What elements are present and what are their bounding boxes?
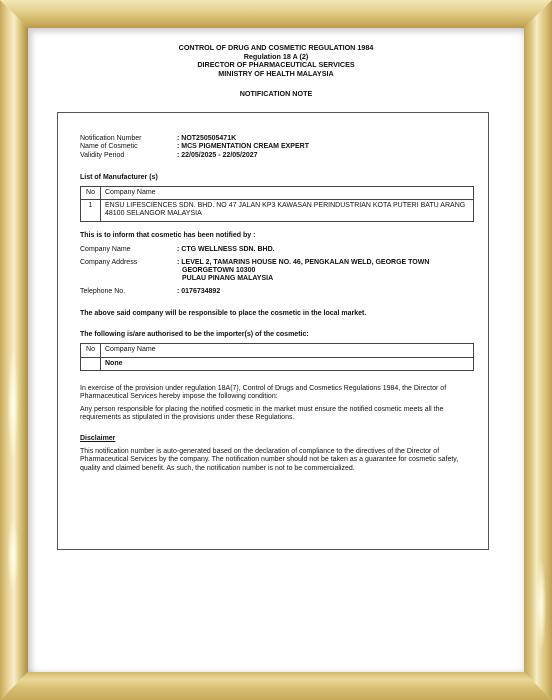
column-header-no: No — [81, 344, 101, 357]
address-line-3: PULAU PINANG MALAYSIA — [177, 275, 470, 283]
row-company-name: None — [101, 357, 474, 370]
disclaimer-title: Disclaimer — [80, 435, 470, 443]
column-header-no: No — [81, 186, 101, 199]
frame-left-edge — [0, 0, 28, 700]
table-header-row: No Company Name — [81, 344, 474, 357]
document-header: CONTROL OF DRUG AND COSMETIC REGULATION … — [28, 44, 524, 99]
company-name-label: Company Name — [80, 246, 177, 254]
address-line-1: : LEVEL 2, TAMARINS HOUSE NO. 46, PENGKA… — [177, 259, 470, 267]
notification-number-label: Notification Number — [80, 135, 177, 143]
document-title: NOTIFICATION NOTE — [28, 90, 524, 99]
frame-bottom-edge — [0, 672, 552, 700]
company-name-value: : CTG WELLNESS SDN. BHD. — [177, 246, 470, 254]
header-ministry: MINISTRY OF HEALTH MALAYSIA — [28, 70, 524, 79]
table-row: None — [81, 357, 474, 370]
table-row: 1 ENSU LIFESCIENCES SDN. BHD. NO 47 JALA… — [81, 200, 474, 222]
address-line-2: GEORGETOWN 10300 — [177, 267, 470, 275]
notifier-intro: This is to inform that cosmetic has been… — [80, 232, 470, 240]
cosmetic-name-value: : MCS PIGMENTATION CREAM EXPERT — [177, 143, 470, 151]
responsibility-statement: The above said company will be responsib… — [80, 310, 470, 318]
cosmetic-name-label: Name of Cosmetic — [80, 143, 177, 151]
column-header-company-name: Company Name — [101, 186, 474, 199]
manufacturers-title: List of Manufacturer (s) — [80, 174, 470, 182]
row-no — [81, 357, 101, 370]
validity-period-label: Validity Period — [80, 152, 177, 160]
frame-highlight — [536, 560, 546, 650]
disclaimer-text: This notification number is auto-generat… — [80, 448, 470, 473]
frame-top-edge — [0, 0, 552, 28]
provision-paragraph: In exercise of the provision under regul… — [80, 385, 470, 402]
company-address-value: : LEVEL 2, TAMARINS HOUSE NO. 46, PENGKA… — [177, 259, 470, 284]
notification-details: Notification Number : NOT250505471K Name… — [80, 135, 470, 160]
condition-paragraph: Any person responsible for placing the n… — [80, 406, 470, 423]
importers-table: No Company Name None — [80, 343, 474, 371]
row-company-name: ENSU LIFESCIENCES SDN. BHD. NO 47 JALAN … — [101, 200, 474, 222]
frame-highlight — [8, 350, 18, 460]
telephone-label: Telephone No. — [80, 288, 177, 296]
notification-document: CONTROL OF DRUG AND COSMETIC REGULATION … — [28, 28, 524, 672]
notifier-details: Company Name : CTG WELLNESS SDN. BHD. Co… — [80, 246, 470, 296]
telephone-value: : 0176734892 — [177, 288, 470, 296]
manufacturers-table: No Company Name 1 ENSU LIFESCIENCES SDN.… — [80, 186, 474, 222]
importers-title: The following is/are authorised to be th… — [80, 331, 470, 339]
row-no: 1 — [81, 200, 101, 222]
frame-highlight — [8, 520, 18, 590]
column-header-company-name: Company Name — [101, 344, 474, 357]
table-header-row: No Company Name — [81, 186, 474, 199]
notification-box: Notification Number : NOT250505471K Name… — [57, 112, 489, 550]
notification-content: Notification Number : NOT250505471K Name… — [80, 135, 470, 473]
notification-number-value: : NOT250505471K — [177, 135, 470, 143]
validity-period-value: : 22/05/2025 - 22/05/2027 — [177, 152, 470, 160]
company-address-label: Company Address — [80, 259, 177, 284]
